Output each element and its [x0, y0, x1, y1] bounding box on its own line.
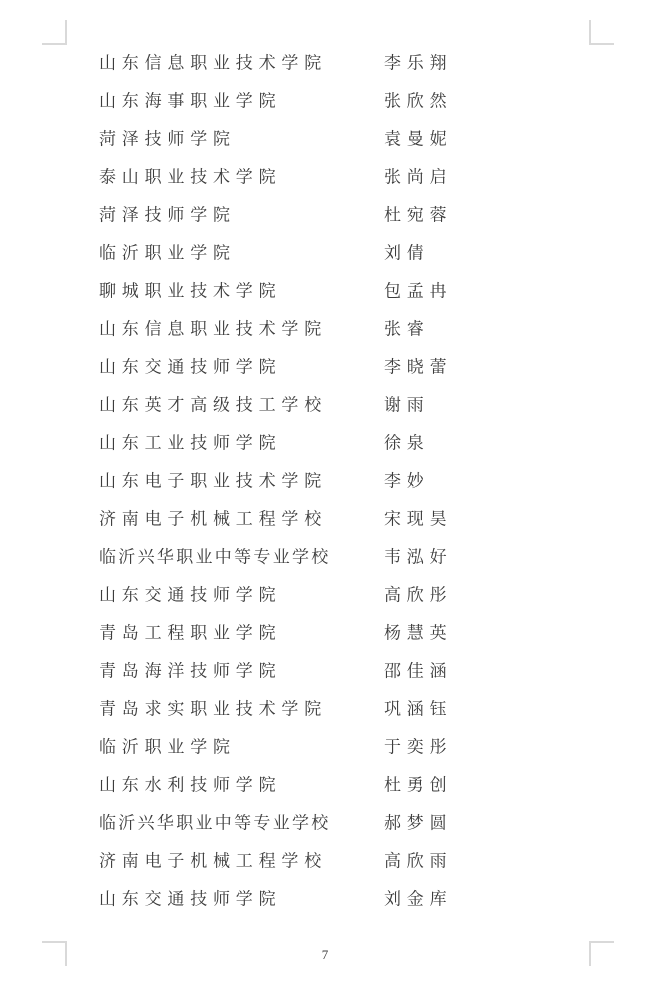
school-cell: 山东英才高级技工学校 — [99, 397, 327, 414]
table-row: 聊城职业技术学院包孟冉 — [0, 272, 650, 310]
school-cell: 济南电子机械工程学校 — [99, 511, 327, 528]
school-cell: 临沂职业学院 — [99, 245, 236, 262]
name-cell: 杜勇创 — [384, 777, 452, 794]
name-cell: 张尚启 — [384, 169, 452, 186]
name-cell: 邵佳涵 — [384, 663, 452, 680]
school-cell: 山东信息职业技术学院 — [99, 55, 327, 72]
name-cell: 宋现昊 — [384, 511, 452, 528]
name-cell: 张欣然 — [384, 93, 452, 110]
text-boundary-mark-top-right — [589, 20, 614, 45]
table-row: 临沂兴华职业中等专业学校郝梦圆 — [0, 804, 650, 842]
name-cell: 韦泓好 — [384, 549, 452, 566]
table-row: 菏泽技师学院袁曼妮 — [0, 120, 650, 158]
name-cell: 李乐翔 — [384, 55, 452, 72]
name-cell: 高欣雨 — [384, 853, 452, 870]
table-row: 山东英才高级技工学校谢雨 — [0, 386, 650, 424]
table-row: 山东交通技师学院李晓蕾 — [0, 348, 650, 386]
name-cell: 李妙 — [384, 473, 430, 490]
school-cell: 山东交通技师学院 — [99, 359, 281, 376]
table-row: 青岛海洋技师学院邵佳涵 — [0, 652, 650, 690]
school-cell: 山东交通技师学院 — [99, 587, 281, 604]
table-row: 山东信息职业技术学院李乐翔 — [0, 44, 650, 82]
school-cell: 青岛工程职业学院 — [99, 625, 281, 642]
table-row: 青岛工程职业学院杨慧英 — [0, 614, 650, 652]
name-cell: 巩涵钰 — [384, 701, 452, 718]
school-cell: 山东电子职业技术学院 — [99, 473, 327, 490]
text-boundary-mark-top-left — [42, 20, 67, 45]
table-row: 济南电子机械工程学校宋现昊 — [0, 500, 650, 538]
school-cell: 菏泽技师学院 — [99, 131, 236, 148]
name-cell: 杜宛蓉 — [384, 207, 452, 224]
table-row: 山东工业技师学院徐泉 — [0, 424, 650, 462]
page-number: 7 — [0, 948, 650, 961]
name-cell: 袁曼妮 — [384, 131, 452, 148]
name-cell: 张睿 — [384, 321, 430, 338]
document-page: 山东信息职业技术学院李乐翔山东海事职业学院张欣然菏泽技师学院袁曼妮泰山职业技术学… — [0, 0, 650, 987]
name-cell: 刘倩 — [384, 245, 430, 262]
school-cell: 菏泽技师学院 — [99, 207, 236, 224]
roster-list: 山东信息职业技术学院李乐翔山东海事职业学院张欣然菏泽技师学院袁曼妮泰山职业技术学… — [0, 44, 650, 918]
table-row: 山东交通技师学院刘金库 — [0, 880, 650, 918]
table-row: 济南电子机械工程学校高欣雨 — [0, 842, 650, 880]
school-cell: 山东水利技师学院 — [99, 777, 281, 794]
table-row: 山东电子职业技术学院李妙 — [0, 462, 650, 500]
school-cell: 山东信息职业技术学院 — [99, 321, 327, 338]
school-cell: 泰山职业技术学院 — [99, 169, 281, 186]
school-cell: 山东工业技师学院 — [99, 435, 281, 452]
table-row: 山东海事职业学院张欣然 — [0, 82, 650, 120]
name-cell: 高欣彤 — [384, 587, 452, 604]
school-cell: 临沂兴华职业中等专业学校 — [99, 815, 331, 832]
table-row: 山东信息职业技术学院张睿 — [0, 310, 650, 348]
school-cell: 山东交通技师学院 — [99, 891, 281, 908]
table-row: 菏泽技师学院杜宛蓉 — [0, 196, 650, 234]
table-row: 临沂职业学院刘倩 — [0, 234, 650, 272]
school-cell: 临沂兴华职业中等专业学校 — [99, 549, 331, 566]
school-cell: 聊城职业技术学院 — [99, 283, 281, 300]
school-cell: 山东海事职业学院 — [99, 93, 281, 110]
table-row: 山东水利技师学院杜勇创 — [0, 766, 650, 804]
name-cell: 包孟冉 — [384, 283, 452, 300]
table-row: 临沂兴华职业中等专业学校韦泓好 — [0, 538, 650, 576]
school-cell: 青岛海洋技师学院 — [99, 663, 281, 680]
school-cell: 临沂职业学院 — [99, 739, 236, 756]
table-row: 临沂职业学院于奕彤 — [0, 728, 650, 766]
name-cell: 郝梦圆 — [384, 815, 452, 832]
school-cell: 青岛求实职业技术学院 — [99, 701, 327, 718]
table-row: 山东交通技师学院高欣彤 — [0, 576, 650, 614]
table-row: 青岛求实职业技术学院巩涵钰 — [0, 690, 650, 728]
table-row: 泰山职业技术学院张尚启 — [0, 158, 650, 196]
name-cell: 徐泉 — [384, 435, 430, 452]
name-cell: 刘金库 — [384, 891, 452, 908]
name-cell: 李晓蕾 — [384, 359, 452, 376]
name-cell: 谢雨 — [384, 397, 430, 414]
school-cell: 济南电子机械工程学校 — [99, 853, 327, 870]
name-cell: 杨慧英 — [384, 625, 452, 642]
name-cell: 于奕彤 — [384, 739, 452, 756]
